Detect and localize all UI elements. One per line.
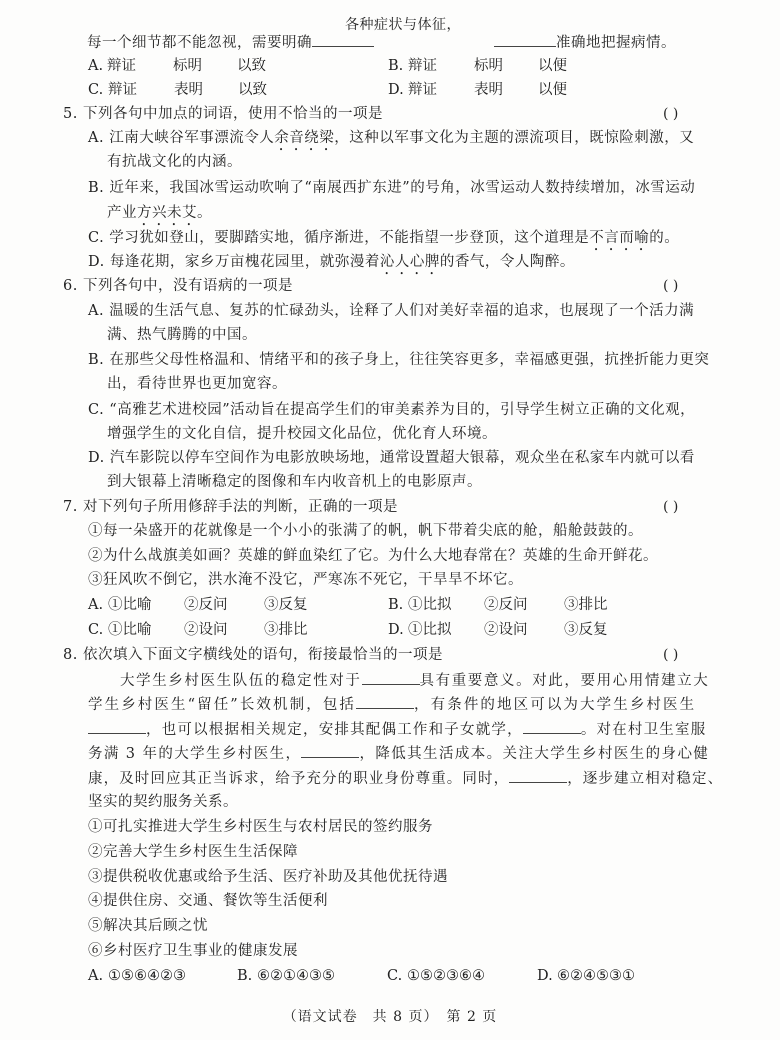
- q5-option-d[interactable]: D. 每逢花期，家乡万亩槐花园里，就弥漫着沁人心脾的香气，令人陶醉。: [88, 252, 575, 278]
- q7-sentence-3: ③狂风吹不倒它，洪水淹不没它，严寒冻不死它，干旱旱不坏它。: [88, 570, 523, 590]
- q7-sentence-2: ②为什么战旗美如画？英雄的鲜血染红了它。为什么大地春常在？英雄的生命开鲜花。: [88, 546, 658, 566]
- q5-option-b-cont: 产业方兴未艾。: [107, 203, 212, 229]
- q8-blank-4: [523, 719, 581, 734]
- q6-option-a[interactable]: A. 温暖的生活气息、复苏的忙碌劲头，诠释了人们对美好幸福的追求，也展现了一个活…: [88, 301, 694, 321]
- q5-option-b[interactable]: B. 近年来，我国冰雪运动吹响了“南展西扩东进”的号角，冰雪运动人数持续增加，冰…: [88, 178, 695, 198]
- q8-blank-2: [356, 694, 414, 709]
- blank-1: [312, 32, 374, 47]
- blank-2: [494, 32, 556, 47]
- q6-option-b-cont: 出，看待世界也更加宽容。: [107, 374, 287, 394]
- q8-option-b[interactable]: B.⑥②①④③⑤: [237, 966, 335, 986]
- q7-option-b[interactable]: B.①比拟②反问③排比: [388, 595, 608, 615]
- q8-item-6: ⑥乡村医疗卫生事业的健康发展: [88, 941, 298, 961]
- q7-sentence-1: ①每一朵盛开的花就像是一个小小的张满了的帆，帆下带着尖底的舱，船舱鼓鼓的。: [88, 521, 643, 541]
- q7-answer-box[interactable]: ( ): [663, 497, 678, 517]
- dotted-phrase: 不言而喻: [589, 230, 649, 246]
- q6-option-c[interactable]: C. “高雅艺术进校园”活动旨在提高学生们的审美素养为目的，引导学生树立正确的文…: [88, 400, 695, 420]
- q7-stem: 7. 对下列句子所用修辞手法的判断，正确的一项是: [63, 497, 398, 517]
- q6-answer-box[interactable]: ( ): [663, 276, 678, 296]
- q8-item-1: ①可扎实推进大学生乡村医生与农村居民的签约服务: [88, 817, 433, 837]
- q4-option-b[interactable]: B.辩证标明以便: [388, 56, 567, 76]
- q8-item-4: ④提供住房、交通、餐饮等生活便利: [88, 891, 328, 911]
- q5-option-a-cont: 有抗战文化的内涵。: [107, 152, 242, 172]
- q8-option-c[interactable]: C.①⑤②③⑥④: [387, 966, 485, 986]
- q8-passage-line-6: 坚实的契约服务关系。: [88, 792, 238, 812]
- q8-passage-line-5: 康，及时回应其正当诉求，给予充分的职业身份尊重。同时，，逐步建立相对稳定、: [88, 768, 723, 789]
- q8-passage-line-1: 大学生乡村医生队伍的稳定性对于具有重要意义。对此，要用心用情建立大: [120, 670, 709, 691]
- q8-item-3: ③提供税收优惠或给予生活、医疗补助及其他优抚待遇: [88, 867, 448, 887]
- q5-stem: 5. 下列各句中加点的词语，使用不恰当的一项是: [63, 104, 383, 124]
- q5-option-c[interactable]: C. 学习犹如登山，要脚踏实地，循序渐进，不能指望一步登顶，这个道理是不言而喻的…: [88, 228, 679, 254]
- q4-option-d[interactable]: D.辩证表明以便: [388, 80, 567, 100]
- q8-blank-1: [362, 670, 420, 685]
- q8-item-5: ⑤解决其后顾之忧: [88, 916, 208, 936]
- q8-blank-6: [509, 768, 567, 783]
- q8-blank-5: [301, 743, 359, 758]
- dotted-phrase: 余音绕梁: [274, 130, 334, 146]
- q4-option-c[interactable]: C.辩证表明以致: [88, 80, 267, 100]
- q8-option-a[interactable]: A.①⑤⑥④②③: [88, 966, 186, 986]
- page-footer: （语文试卷 共 8 页） 第 2 页: [0, 1006, 780, 1026]
- q8-passage-line-4: 务满 3 年的大学生乡村医生，，降低其生活成本。关注大学生乡村医生的身心健: [88, 743, 709, 764]
- q8-passage-line-2: 学生乡村医生“留任”长效机制，包括，有条件的地区可以为大学生乡村医生: [88, 694, 696, 715]
- q6-option-d[interactable]: D. 汽车影院以停车空间作为电影放映场地，通常设置超大银幕，观众坐在私家车内就可…: [88, 448, 695, 468]
- q7-option-a[interactable]: A.①比喻②反问③反复: [88, 595, 308, 615]
- q8-passage-line-3: ，也可以根据相关规定，安排其配偶工作和子女就学，。对在村卫生室服: [88, 719, 706, 740]
- q6-option-d-cont: 到大银幕上清晰稳定的图像和车内收音机上的电影原声。: [107, 472, 482, 492]
- q6-option-c-cont: 增强学生的文化自信，提升校园文化品位，优化育人环境。: [107, 424, 497, 444]
- q6-stem: 6. 下列各句中，没有语病的一项是: [63, 276, 293, 296]
- q8-blank-3: [88, 719, 146, 734]
- dotted-phrase: 方兴未艾: [137, 205, 197, 221]
- q8-stem: 8. 依次填入下面文字横线处的语句，衔接最恰当的一项是: [63, 645, 443, 665]
- q4-option-a-words: 辩证标明以致: [107, 56, 266, 76]
- q7-option-d[interactable]: D.①比拟②设问③反复: [388, 620, 608, 640]
- dotted-phrase: 沁人心脾: [380, 254, 440, 270]
- q5-option-a[interactable]: A. 江南大峡谷军事漂流令人余音绕梁，这种以军事文化为主题的漂流项目，既惊险刺激…: [88, 128, 694, 154]
- q6-option-a-cont: 满、热气腾腾的中国。: [107, 325, 257, 345]
- q6-option-b[interactable]: B. 在那些父母性格温和、情绪平和的孩子身上，往往笑容更多，幸福感更强，抗挫折能…: [88, 350, 709, 370]
- q4-stem-tail: 每一个细节都不能忽视，需要明确准确地把握病情。: [87, 32, 676, 53]
- q5-answer-box[interactable]: ( ): [663, 104, 678, 124]
- q8-answer-box[interactable]: ( ): [663, 645, 678, 665]
- q7-option-c[interactable]: C.①比喻②设问③排比: [88, 620, 308, 640]
- q8-option-d[interactable]: D.⑥②④⑤③①: [537, 966, 635, 986]
- q8-item-2: ②完善大学生乡村医生生活保障: [88, 842, 298, 862]
